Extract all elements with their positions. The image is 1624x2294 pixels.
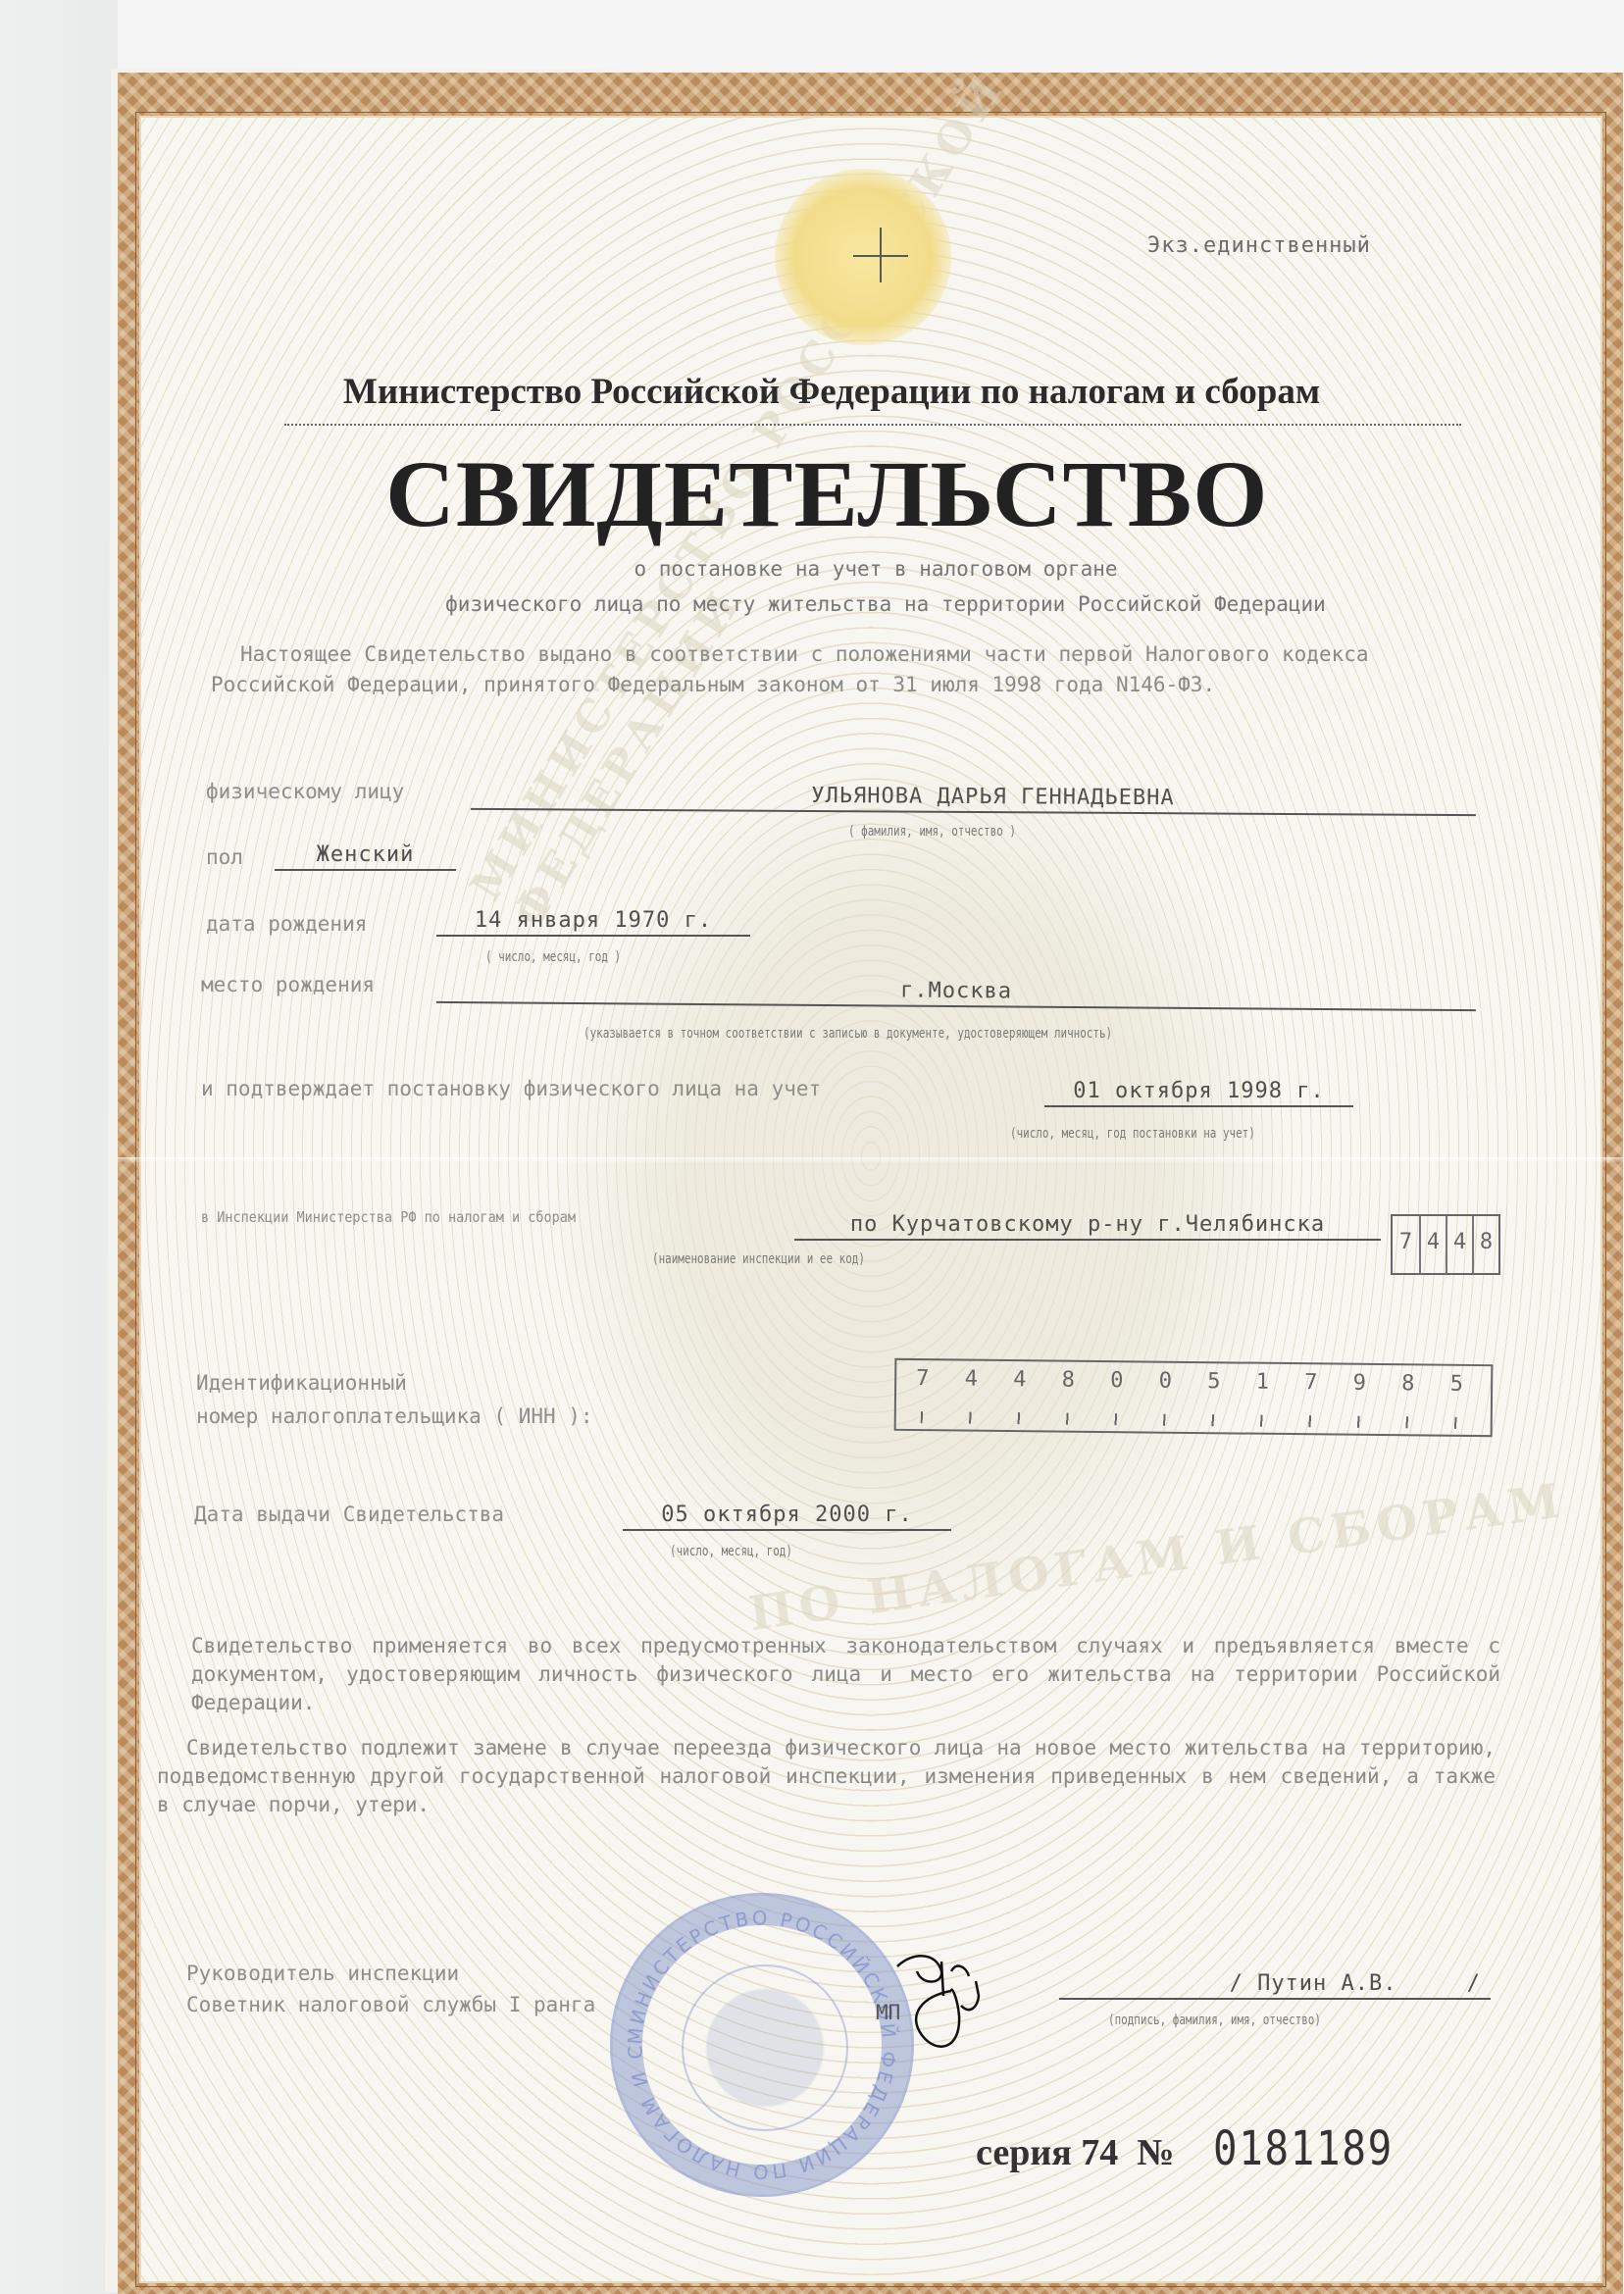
- registration-value: 01 октября 1998 г.: [1044, 1079, 1353, 1107]
- inn-digits: 7 4 4 8 0 0 5 1 7 9 8 5: [916, 1366, 1498, 1397]
- inn-digit: 7: [916, 1366, 965, 1392]
- heading-divider: [284, 424, 1461, 426]
- ministry-heading: Министерство Российской Федерации по нал…: [0, 371, 1624, 413]
- sex-label: пол: [206, 845, 243, 869]
- birth-place-label: место рождения: [201, 973, 375, 996]
- issue-date-value: 05 октября 2000 г.: [623, 1503, 951, 1531]
- inspection-hint: (наименование инспекции и ее код): [652, 1251, 865, 1267]
- registration-label: и подтверждает постановку физического ли…: [201, 1077, 821, 1100]
- serial-label: серия 74 №: [976, 2132, 1174, 2173]
- birth-date-label: дата рождения: [206, 912, 367, 936]
- inn-digit: 4: [1013, 1367, 1062, 1393]
- inn-label-line-2: номер налогоплательщика ( ИНН ):: [196, 1404, 593, 1428]
- hologram-seal-icon: [775, 169, 951, 345]
- code-digit: 7: [1393, 1216, 1419, 1273]
- person-label: физическому лицу: [206, 780, 404, 803]
- inn-digit: 9: [1353, 1371, 1402, 1397]
- inn-digit: 8: [1062, 1368, 1111, 1394]
- registration-hint: (число, месяц, год постановки на учет): [1010, 1126, 1255, 1142]
- inn-digit: 4: [965, 1367, 1014, 1393]
- inn-digit: 0: [1159, 1369, 1208, 1395]
- signer-position-line-1: Руководитель инспекции: [186, 1962, 459, 1985]
- subtitle-line-1: о постановке на учет в налоговом органе: [0, 557, 1624, 581]
- inn-box: 7 4 4 8 0 0 5 1 7 9 8 5: [894, 1358, 1494, 1437]
- scan-margin: [0, 0, 118, 2294]
- fold-crease: [118, 1157, 1623, 1163]
- issue-date-label: Дата выдачи Свидетельства: [194, 1503, 504, 1526]
- inn-digit: 0: [1110, 1368, 1159, 1394]
- signature-hint: (подпись, фамилия, имя, отчество): [1108, 2013, 1321, 2028]
- subtitle-line-2: физического лица по месту жительства на …: [0, 592, 1624, 616]
- inn-digit: 8: [1401, 1371, 1450, 1397]
- terms-paragraph-1: Свидетельство применяется во всех предус…: [191, 1632, 1500, 1717]
- official-stamp-icon: МИНИСТЕРСТВО РОССИЙСКОЙ ФЕДЕРАЦИИ ПО НАЛ…: [610, 1893, 914, 2197]
- signer-position-line-2: Советник налоговой службы I ранга: [186, 1993, 595, 2016]
- sex-value: Женский: [275, 842, 456, 871]
- inn-digit: 1: [1256, 1370, 1305, 1396]
- document-title: СВИДЕТЕЛЬСТВО: [0, 439, 1624, 548]
- stamp-eagle-icon: [682, 1964, 848, 2131]
- birth-place-hint: (указывается в точном соответствии с зап…: [584, 1026, 1112, 1042]
- terms-paragraph-2: Свидетельство подлежит замене в случае п…: [157, 1734, 1496, 1819]
- person-hint: ( фамилия, имя, отчество ): [848, 824, 1016, 840]
- double-headed-eagle-watermark: [549, 745, 1294, 1628]
- inn-tick-marks: [921, 1411, 1470, 1429]
- inspection-value: по Курчатовскому р-ну г.Челябинска: [794, 1212, 1381, 1241]
- inn-digit: 5: [1450, 1372, 1499, 1398]
- issue-date-hint: (число, месяц, год): [670, 1544, 792, 1559]
- signature-icon: [883, 1947, 1040, 2055]
- inspection-code-box: 7 4 4 8: [1391, 1214, 1500, 1275]
- intro-paragraph: Настоящее Свидетельство выдано в соответ…: [211, 639, 1446, 700]
- inn-digit: 5: [1207, 1369, 1256, 1395]
- code-digit: 4: [1446, 1216, 1472, 1273]
- copy-note: Экз.единственный: [1147, 233, 1371, 258]
- inn-digit: 7: [1304, 1370, 1353, 1396]
- code-digit: 4: [1419, 1216, 1446, 1273]
- inn-label-line-1: Идентификационный: [196, 1371, 407, 1395]
- serial-number: серия 74 № 0181189: [976, 2121, 1425, 2176]
- inspection-label: в Инспекции Министерства РФ по налогам и…: [201, 1208, 576, 1226]
- birth-date-hint: ( число, месяц, год ): [485, 949, 621, 965]
- serial-value: 0181189: [1213, 2121, 1394, 2176]
- birth-date-value: 14 января 1970 г.: [436, 908, 750, 937]
- signer-name: / Путин А.В. /: [1059, 1971, 1491, 2000]
- code-digit: 8: [1472, 1216, 1498, 1273]
- hologram-cross-icon-h: [853, 255, 908, 257]
